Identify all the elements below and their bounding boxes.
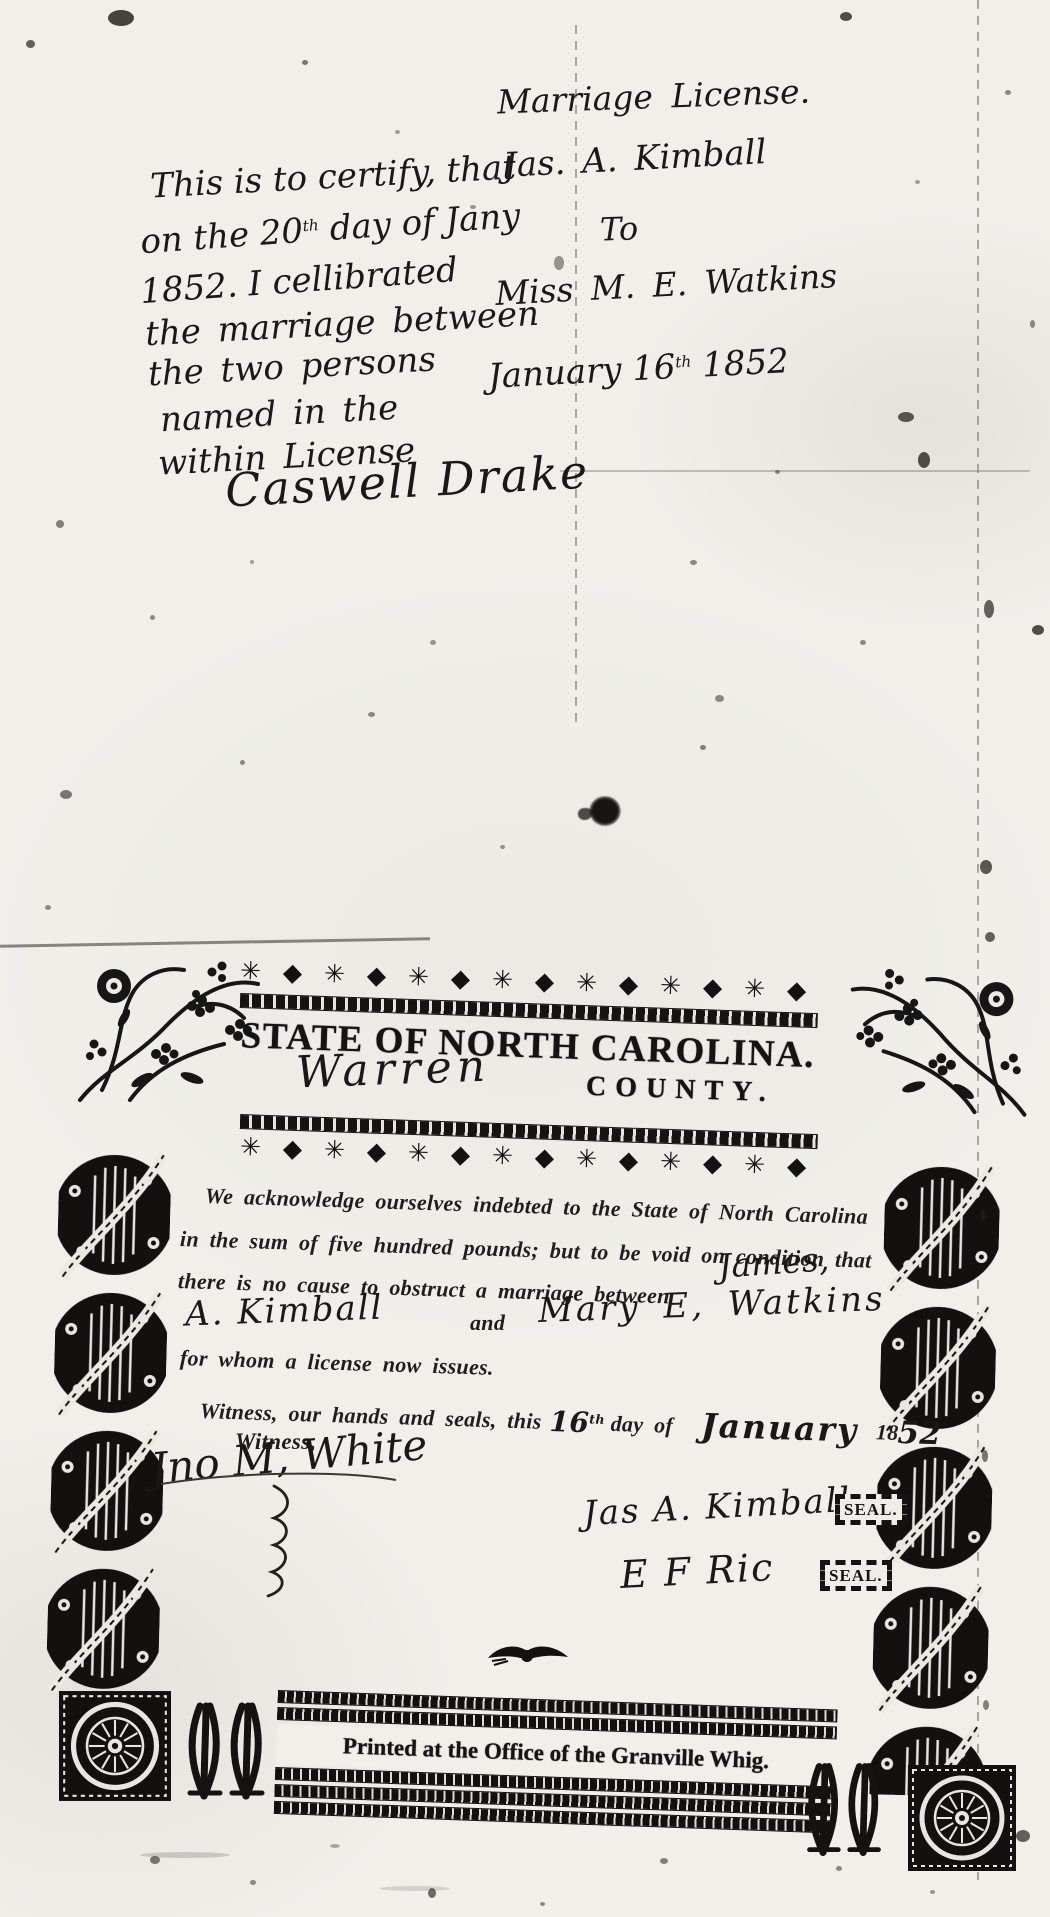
- paper-speck: [980, 860, 992, 874]
- paper-speck: [60, 790, 72, 799]
- paper-speck: [500, 845, 505, 849]
- endorsement-line-2: on the 20th day of Jany: [139, 199, 521, 259]
- footer-imprint-block: Printed at the Office of the Granville W…: [274, 1690, 838, 1837]
- paper-speck: [984, 600, 994, 618]
- paper-speck: [775, 470, 780, 474]
- paper-speck: [56, 520, 64, 528]
- paper-speck: [918, 452, 930, 468]
- docket-to: To: [599, 212, 638, 245]
- bride-name-written: Mary E, Watkins: [538, 1282, 887, 1328]
- paper-speck: [330, 1844, 340, 1848]
- paper-speck: [700, 745, 706, 750]
- paper-speck: [250, 1880, 256, 1885]
- paper-speck: [1016, 1830, 1030, 1842]
- rosette-bottom-right: [906, 1764, 1018, 1877]
- paper-speck: [368, 712, 375, 717]
- paper-speck: [45, 905, 51, 910]
- garland-border-right: [869, 1156, 1001, 1802]
- county-name-handwritten: Warren: [295, 1045, 490, 1096]
- paper-speck: [430, 640, 436, 645]
- docket-date: January 16th 1852: [487, 344, 789, 394]
- paper-speck: [395, 130, 400, 134]
- bond-body-line-1: We acknowledge ourselves indebted to the…: [205, 1185, 869, 1228]
- footer-imprint: Printed at the Office of the Granville W…: [342, 1733, 769, 1774]
- paper-speck: [108, 10, 134, 26]
- endorsement-line-6: named in the: [159, 391, 399, 437]
- groom-first-name-written: James,: [717, 1242, 830, 1283]
- paper-speck: [836, 1866, 842, 1871]
- docket-groom-name: Jas. A. Kimball: [502, 135, 767, 183]
- groom-surname-written: A. Kimball: [184, 1291, 384, 1332]
- paper-speck: [840, 12, 852, 21]
- docket-title: Marriage License.: [497, 75, 811, 119]
- palm-ornaments-left: [180, 1696, 272, 1809]
- ink-blot: [585, 792, 625, 830]
- bond-body-line-5: for whom a license now issues.: [180, 1347, 494, 1379]
- paper-speck: [250, 560, 254, 564]
- seal-badge-bondsman: SEAL.: [820, 1560, 892, 1591]
- paper-speck: [302, 60, 308, 65]
- winged-ornament: [486, 1638, 570, 1677]
- docket-bride-name: Miss M. E. Watkins: [494, 259, 838, 310]
- paper-speck: [150, 615, 155, 620]
- paper-speck: [540, 1902, 545, 1906]
- fold-crease-horizontal: [560, 470, 1030, 472]
- garland-border-left: [45, 1145, 172, 1705]
- paper-speck: [26, 40, 35, 48]
- paper-speck: [715, 695, 724, 702]
- paper-speck: [690, 560, 697, 565]
- superscript-th: th: [302, 216, 319, 235]
- paper-speck: [470, 205, 476, 209]
- endorsement-line-1: This is to certify, that: [149, 150, 516, 203]
- paper-speck: [860, 640, 866, 645]
- paper-speck: [915, 180, 920, 184]
- paper-speck: [140, 1852, 230, 1858]
- signature-flourish: [156, 1470, 406, 1610]
- groom-signature: Jas A. Kimball: [582, 1483, 852, 1531]
- palm-ornaments-right: [800, 1756, 888, 1866]
- paper-speck: [554, 256, 564, 270]
- witness-day-written: 16th: [549, 1408, 605, 1438]
- superscript-th: th: [675, 353, 692, 372]
- paper-speck: [930, 1890, 935, 1894]
- paper-speck: [1030, 320, 1035, 328]
- paper-speck: [660, 1858, 668, 1864]
- witness-month-written: January: [701, 1409, 859, 1447]
- paper-speck: [985, 932, 995, 942]
- paper-speck: [980, 1210, 986, 1220]
- paper-speck: [1005, 90, 1011, 95]
- paper-speck: [380, 1886, 450, 1891]
- rosette-bottom-left: [56, 1690, 174, 1807]
- paper-speck: [982, 1450, 988, 1462]
- corner-floral-top-right: [832, 953, 1041, 1135]
- scanned-marriage-license-page: This is to certify, that on the 20th day…: [0, 0, 1050, 1917]
- witness-year-written: 52: [897, 1418, 942, 1450]
- paper-speck: [983, 1700, 989, 1710]
- witness-printed-2: day of: [610, 1411, 673, 1438]
- bondsman-signature: E F Ric: [619, 1548, 775, 1594]
- county-label: COUNTY.: [585, 1071, 775, 1110]
- license-certificate: ✳ ◆ ✳ ◆ ✳ ◆ ✳ ◆ ✳ ◆ ✳ ◆ ✳ ◆ ✳ ◆ ✳ ◆ ✳ ◆ …: [38, 938, 1028, 1898]
- paper-speck: [1032, 625, 1044, 635]
- bond-body-and: and: [470, 1312, 505, 1334]
- seal-badge-groom: SEAL.: [835, 1494, 907, 1525]
- witness-year-printed: 18: [876, 1419, 899, 1445]
- paper-speck: [898, 412, 914, 422]
- paper-speck: [240, 760, 245, 765]
